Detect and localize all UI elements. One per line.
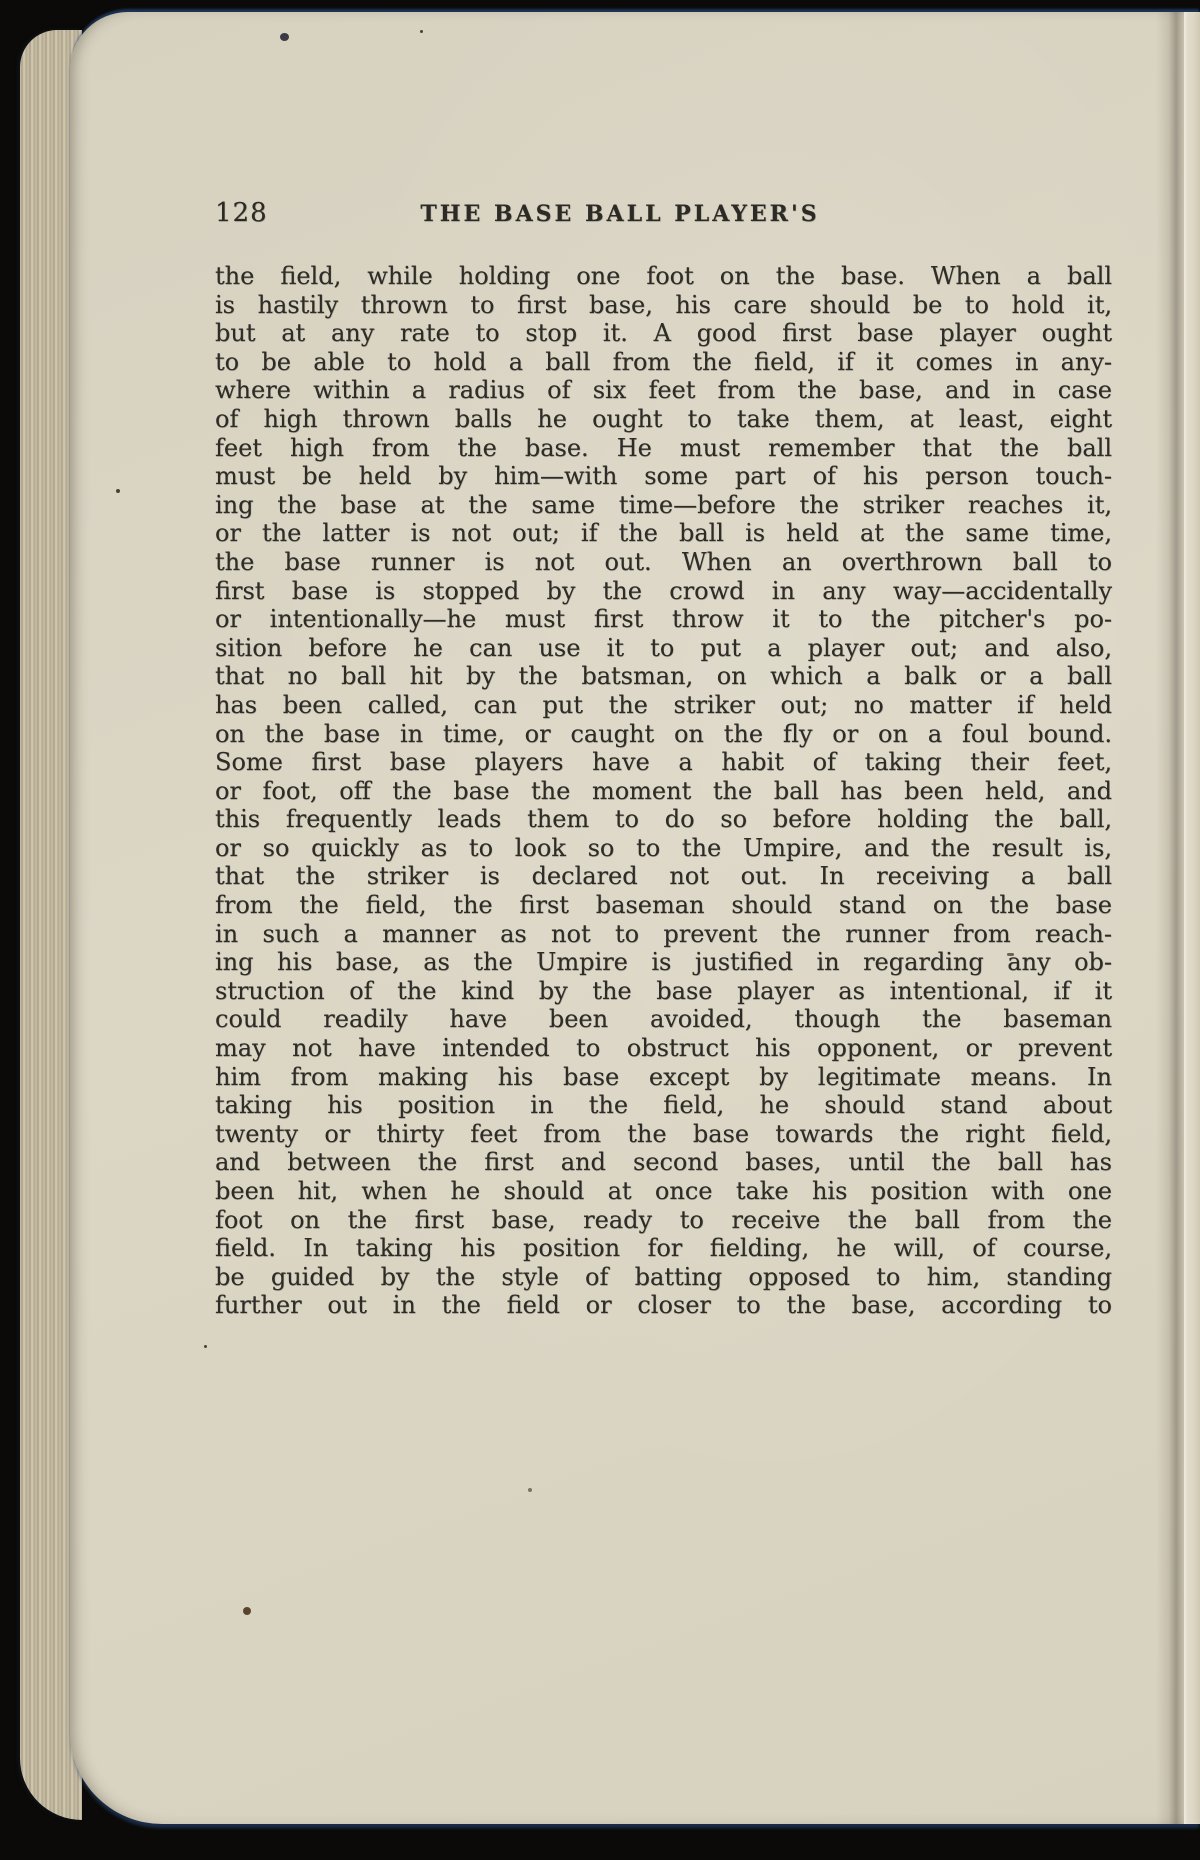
- text-line: foot on the first base, ready to receive…: [215, 1206, 1112, 1235]
- text-line: been hit, when he should at once take hi…: [215, 1177, 1112, 1206]
- dust-speck: [243, 1607, 251, 1615]
- text-line: from the field, the first baseman should…: [215, 891, 1112, 920]
- text-line: twenty or thirty feet from the base towa…: [215, 1120, 1112, 1149]
- text-line: this frequently leads them to do so befo…: [215, 805, 1112, 834]
- text-line: could readily have been avoided, though …: [215, 1005, 1112, 1034]
- page-body-text: the field, while holding one foot on the…: [215, 262, 1112, 1320]
- text-line: Some first base players have a habit of …: [215, 748, 1112, 777]
- text-line: ing his base, as the Umpire is justified…: [215, 948, 1112, 977]
- text-line: and between the first and second bases, …: [215, 1148, 1112, 1177]
- dust-speck: [420, 30, 423, 33]
- text-line: that the striker is declared not out. In…: [215, 862, 1112, 891]
- text-line: ing the base at the same time—before the…: [215, 491, 1112, 520]
- text-line: is hastily thrown to first base, his car…: [215, 291, 1112, 320]
- dust-speck: [1007, 953, 1014, 956]
- text-line: him from making his base except by legit…: [215, 1063, 1112, 1092]
- text-line: or so quickly as to look so to the Umpir…: [215, 834, 1112, 863]
- text-line: or the latter is not out; if the ball is…: [215, 519, 1112, 548]
- text-line: must be held by him—with some part of hi…: [215, 462, 1112, 491]
- dust-speck: [116, 489, 120, 493]
- page-fold-shadow: [1156, 12, 1184, 1824]
- book-scan: 128 THE BASE BALL PLAYER'S the field, wh…: [0, 0, 1200, 1860]
- underlying-page-edge: [1184, 12, 1200, 1824]
- text-line: the base runner is not out. When an over…: [215, 548, 1112, 577]
- text-line: sition before he can use it to put a pla…: [215, 634, 1112, 663]
- page-number: 128: [215, 198, 268, 228]
- text-line: further out in the field or closer to th…: [215, 1291, 1112, 1320]
- text-line: in such a manner as not to prevent the r…: [215, 920, 1112, 949]
- text-line: that no ball hit by the batsman, on whic…: [215, 662, 1112, 691]
- text-line: where within a radius of six feet from t…: [215, 376, 1112, 405]
- text-line: struction of the kind by the base player…: [215, 977, 1112, 1006]
- text-line: feet high from the base. He must remembe…: [215, 434, 1112, 463]
- text-line: to be able to hold a ball from the field…: [215, 348, 1112, 377]
- text-line: of high thrown balls he ought to take th…: [215, 405, 1112, 434]
- text-line: may not have intended to obstruct his op…: [215, 1034, 1112, 1063]
- text-line: taking his position in the field, he sho…: [215, 1091, 1112, 1120]
- text-line: or intentionally—he must first throw it …: [215, 605, 1112, 634]
- text-line: but at any rate to stop it. A good first…: [215, 319, 1112, 348]
- text-line: the field, while holding one foot on the…: [215, 262, 1112, 291]
- text-line: or foot, off the base the moment the bal…: [215, 777, 1112, 806]
- page-header: 128 THE BASE BALL PLAYER'S: [215, 198, 1112, 232]
- text-line: first base is stopped by the crowd in an…: [215, 577, 1112, 606]
- running-title: THE BASE BALL PLAYER'S: [420, 201, 819, 227]
- text-line: has been called, can put the striker out…: [215, 691, 1112, 720]
- book-page: 128 THE BASE BALL PLAYER'S the field, wh…: [70, 12, 1200, 1824]
- dust-speck: [204, 1345, 207, 1348]
- dust-speck: [528, 1488, 532, 1492]
- text-line: field. In taking his position for fieldi…: [215, 1234, 1112, 1263]
- text-line: on the base in time, or caught on the fl…: [215, 720, 1112, 749]
- dust-speck: [280, 33, 289, 41]
- text-line: be guided by the style of batting oppose…: [215, 1263, 1112, 1292]
